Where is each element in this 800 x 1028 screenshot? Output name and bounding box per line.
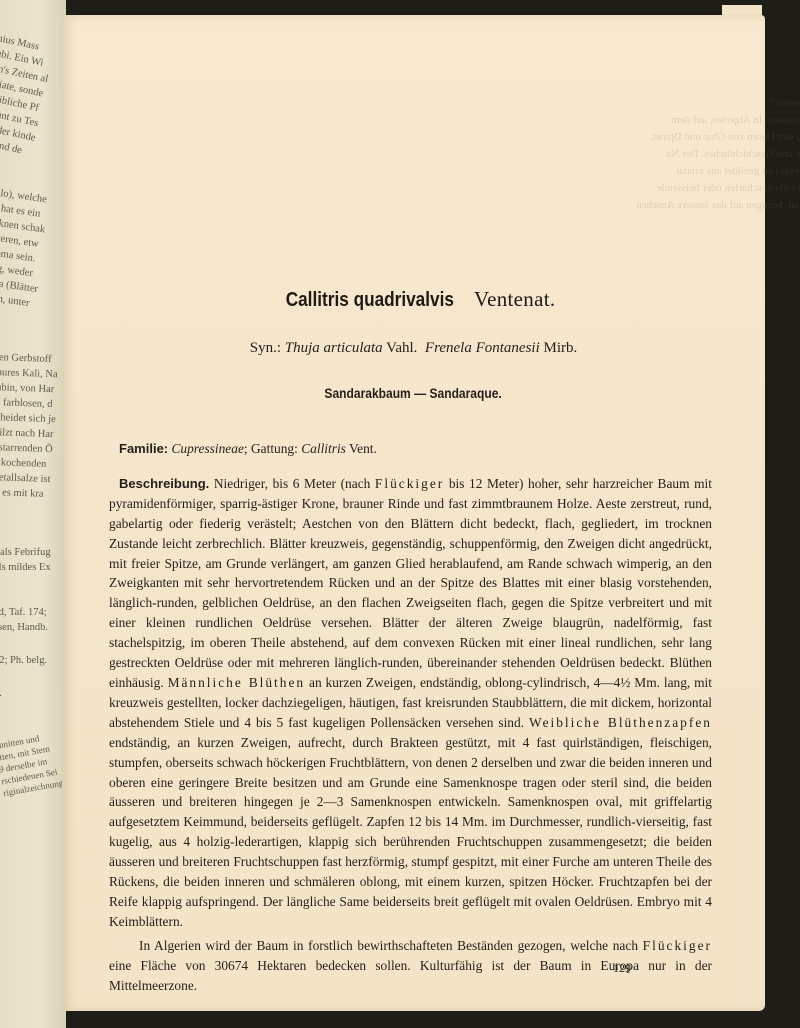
description-text: Niedriger, bis 6 Meter (nach [214,476,370,491]
common-names: Sandarakbaum — Sandaraque. [325,385,502,401]
facing-page-text: chnitten und itten, mit Stem 9 derselbe … [0,726,66,799]
species-name: Callitris quadrivalvis [285,289,453,312]
family-separator: ; [244,441,248,456]
genus-author: Vent. [349,441,377,456]
ghost-line: Blüthezeit ? [582,95,800,112]
ghost-line: Name und Geschichtliches. Der Na [582,146,800,163]
facing-text-line: Ist es mit kra [0,485,66,503]
family-line: Familie: Cupressineae; Gattung: Callitri… [119,439,712,459]
synonyms-label: Syn.: [250,340,281,356]
cited-author: Flückiger [375,476,444,491]
emphasis-term: Männliche Blüthen [168,675,306,690]
book-page: Blüthezeit ? Vorkommen. In Algerien, auf… [62,15,765,1011]
facing-text-line: 62; Ph. belg. [0,653,66,668]
facing-page-text: onius Mass rrubi. Ein Wi alen's Zeiten a… [0,30,66,178]
ghost-line: Vorkommen. In Algerien, auf dem [582,112,800,129]
description-label: Beschreibung. [119,476,209,491]
ghost-line: dreimal, bezogen auf das äussere Ansehen [582,197,800,214]
ghost-line: bis zu den Oasen von Ghat und Djanet. [582,129,800,146]
species-author: Ventenat. [474,287,555,311]
ghost-line: einen rothen, scharfen oder beissende [582,180,800,197]
facing-text-block-1: onius Mass rrubi. Ein Wi alen's Zeiten a… [0,30,66,164]
description-text: endständig, an kurzen Zweigen, aufrecht,… [109,735,712,929]
page-number: 129 [613,961,631,976]
description-paragraph: Beschreibung. Niedriger, bis 6 Meter (na… [109,474,712,932]
description-text: bis 12 Meter) hoher, sehr harzreicher Ba… [109,476,712,690]
facing-text-line: 9. [0,686,66,701]
synonym-name: Thuja articulata [285,340,383,356]
facing-text-line: r als Febrifug [0,545,66,560]
facing-text-line: ed, Taf. 174; [0,605,66,620]
synonym-author: Vahl. [386,340,417,356]
facing-text-line: als mildes Ex [0,560,66,575]
distribution-text: In Algerien wird der Baum in forstlich b… [139,938,638,953]
body-text: Familie: Cupressineae; Gattung: Callitri… [109,439,712,995]
family-label: Familie: [119,441,168,456]
cited-author: Flückiger [643,938,712,953]
synonyms-line: Syn.: Thuja articulata Vahl. Frenela Fon… [62,340,765,357]
synonym-author: Mirb. [544,340,578,356]
emphasis-term: Weibliche Blüthenzapfen [529,715,712,730]
verso-bleed-through: Blüthezeit ? Vorkommen. In Algerien, auf… [582,95,800,214]
facing-page-text: allo), welche et hat es ein ocknen schak… [0,185,66,315]
facing-page-text: den Gerbstoff saures Kali, Na rubin, von… [0,350,66,503]
genus-label: Gattung: [251,441,298,456]
facing-page-edge: onius Mass rrubi. Ein Wi alen's Zeiten a… [0,0,66,1028]
ghost-line: marbeyaz) ist gebildet aus sandal [582,163,800,180]
facing-text-line: ssen, Handb. [0,620,66,635]
genus-name: Callitris [301,441,346,456]
facing-page-text: r als Febrifug als mildes Ex ed, Taf. 17… [0,545,66,731]
species-title: Callitris quadrivalvis Ventenat. [62,287,765,312]
common-names-heading: Sandarakbaum — Sandaraque. [62,385,765,401]
synonym-name: Frenela Fontanesii [425,340,540,356]
family-name: Cupressineae [171,441,243,456]
